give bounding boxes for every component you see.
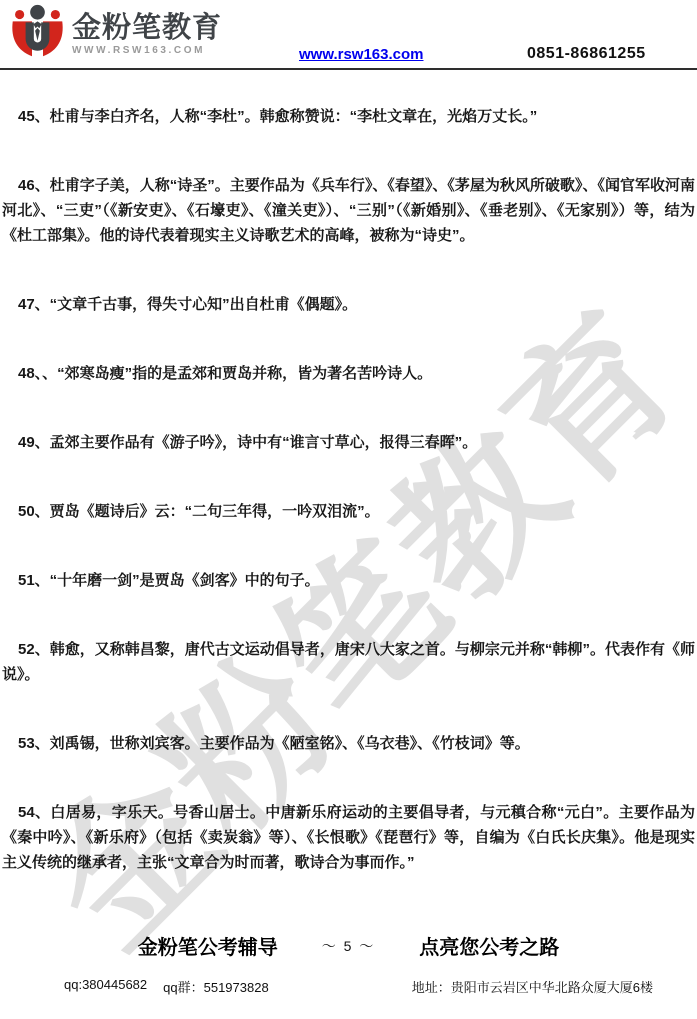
page: 金粉笔教育 金粉笔教育 WWW.RSW163.COM www.r xyxy=(0,0,697,1019)
website-link[interactable]: www.rsw163.com xyxy=(299,46,424,63)
address: 地址：贵阳市云岩区中华北路众厦大厦6楼 xyxy=(412,977,653,996)
content-item-45: 45、杜甫与李白齐名，人称“李杜”。韩愈称赞说：“李杜文章在，光焰万丈长。” xyxy=(2,104,695,129)
qq-contacts: qq:380445682 qq群：551973828 xyxy=(64,977,269,996)
footer-slogan: 点亮您公考之路 xyxy=(419,931,559,960)
header: 金粉笔教育 WWW.RSW163.COM www.rsw163.com 0851… xyxy=(0,0,697,70)
logo-text: 金粉笔教育 WWW.RSW163.COM xyxy=(72,4,222,56)
content-item-53: 53、刘禹锡，世称刘宾客。主要作品为《陋室铭》、《乌衣巷》、《竹枝词》等。 xyxy=(2,731,695,756)
content-item-52: 52、韩愈，又称韩昌黎，唐代古文运动倡导者，唐宋八大家之首。与柳宗元并称“韩柳”… xyxy=(2,637,695,687)
content-item-47: 47、“文章千古事，得失寸心知”出自杜甫《偶题》。 xyxy=(2,292,695,317)
contact-row: qq:380445682 qq群：551973828 地址：贵阳市云岩区中华北路… xyxy=(64,977,653,996)
content-item-49: 49、孟郊主要作品有《游子吟》，诗中有“谁言寸草心，报得三春晖”。 xyxy=(2,430,695,455)
footer-brand-label: 金粉笔公考辅导 xyxy=(138,931,278,960)
phone-number: 0851-86861255 xyxy=(527,45,646,63)
page-number: ～ 5 ～ xyxy=(322,936,376,956)
content-item-48: 48、、“郊寒岛瘦”指的是孟郊和贾岛并称，皆为著名苦吟诗人。 xyxy=(2,361,695,386)
content-item-51: 51、“十年磨一剑”是贾岛《剑客》中的句子。 xyxy=(2,568,695,593)
qq-number: qq:380445682 xyxy=(64,977,147,996)
content-item-50: 50、贾岛《题诗后》云：“二句三年得，一吟双泪流”。 xyxy=(2,499,695,524)
content-item-46: 46、杜甫字子美，人称“诗圣”。主要作品为《兵车行》、《春望》、《茅屋为秋风所破… xyxy=(2,173,695,248)
logo: 金粉笔教育 WWW.RSW163.COM xyxy=(10,4,222,59)
logo-title: 金粉笔教育 xyxy=(72,13,222,43)
footer-banner: 金粉笔公考辅导 ～ 5 ～ 点亮您公考之路 xyxy=(0,931,697,960)
logo-subtitle: WWW.RSW163.COM xyxy=(72,45,222,56)
qq-group-number: qq群：551973828 xyxy=(163,977,269,996)
content-list: 45、杜甫与李白齐名，人称“李杜”。韩愈称赞说：“李杜文章在，光焰万丈长。” 4… xyxy=(0,70,697,875)
brand-people-icon xyxy=(10,4,65,59)
content-item-54: 54、白居易，字乐天。号香山居士。中唐新乐府运动的主要倡导者，与元稹合称“元白”… xyxy=(2,800,695,875)
